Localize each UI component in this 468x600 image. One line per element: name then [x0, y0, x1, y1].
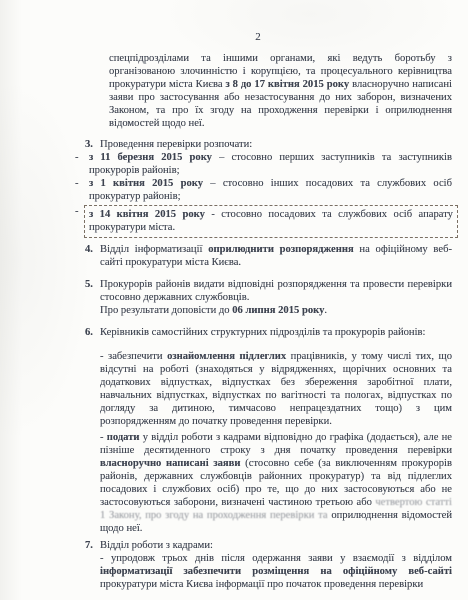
text-segment: .	[324, 305, 327, 316]
paragraph: Проведення перевірки розпочати:	[100, 138, 452, 151]
bold-text-segment: подати	[107, 432, 140, 443]
bold-text-segment: інформатизації забезпечити розміщення на…	[100, 566, 452, 577]
list-item-7: 7.Відділ роботи з кадрами:- упродовж трь…	[85, 539, 452, 591]
bullet-dash-marker: -	[75, 177, 79, 190]
text-segment: Відділ інформатизації	[100, 244, 208, 255]
bullet-dash-marker: -	[75, 205, 79, 218]
text-segment: Відділ роботи з кадрами:	[100, 540, 213, 551]
dashed-highlight-box: з 14 квітня 2015 року - стосовно посадов…	[84, 205, 458, 238]
dash-bullet: -з 1 квітня 2015 року – стосовно інших п…	[75, 177, 452, 203]
page-number: 2	[24, 31, 468, 44]
item-number: 4.	[85, 243, 93, 256]
text-segment: працівників, у тому числі тих, що відсут…	[100, 351, 452, 427]
item-number: 7.	[85, 539, 93, 552]
bold-text-segment: ознайомлення підлеглих	[167, 351, 286, 362]
paragraph: Про результати доповісти до 06 липня 201…	[100, 304, 452, 317]
scanned-document-page: 2 спецпідрозділами та іншими органами, я…	[0, 0, 468, 600]
bold-text-segment: з 14 квітня 2015 року	[89, 209, 205, 220]
text-segment: - упродовж трьох днів після одержання за…	[100, 553, 452, 564]
items-list: 3.Проведення перевірки розпочати:-з 11 б…	[85, 138, 452, 591]
bullet-text: з 1 квітня 2015 року – стосовно інших по…	[89, 177, 452, 203]
text-segment: Про результати доповісти до	[100, 305, 232, 316]
text-segment: -	[100, 432, 107, 443]
text-segment: Керівників самостійних структурних підро…	[100, 327, 425, 338]
bold-text-segment: з 11 березня 2015 року	[89, 152, 212, 163]
item-number: 3.	[85, 138, 93, 151]
paragraph: Керівників самостійних структурних підро…	[100, 326, 452, 339]
bullet-dash-marker: -	[75, 151, 79, 164]
text-segment: прокуратури міста Києва інформації про п…	[100, 579, 423, 590]
dash-bullet: -з 11 березня 2015 року – стосовно перши…	[75, 151, 452, 177]
document-content: спецпідрозділами та іншими органами, які…	[85, 52, 452, 591]
text-segment: у відділ роботи з кадрами відповідно до …	[100, 432, 452, 456]
paragraph: Прокурорів районів видати відповідні роз…	[100, 278, 452, 304]
text-segment: Прокурорів районів видати відповідні роз…	[100, 279, 452, 303]
paragraph: - забезпечити ознайомлення підлеглих пра…	[100, 350, 452, 428]
bold-text-segment: 06 липня 2015 року	[232, 305, 324, 316]
bold-text-segment: з 8 до 17 квітня 2015 року	[225, 79, 349, 90]
paragraph: - подати у відділ роботи з кадрами відпо…	[100, 431, 452, 535]
item-number: 5.	[85, 278, 93, 291]
text-segment: - забезпечити	[100, 351, 167, 362]
paragraph: Відділ інформатизації оприлюднити розпор…	[100, 243, 452, 269]
list-item-6: 6.Керівників самостійних структурних під…	[85, 326, 452, 535]
bold-text-segment: з 1 квітня 2015 року	[89, 178, 203, 189]
intro-paragraph: спецпідрозділами та іншими органами, які…	[109, 52, 452, 130]
paragraph: Відділ роботи з кадрами:	[100, 539, 452, 552]
list-item-4: 4.Відділ інформатизації оприлюднити розп…	[85, 243, 452, 269]
item-number: 6.	[85, 326, 93, 339]
bold-text-segment: оприлюднити розпорядження	[208, 244, 353, 255]
dash-bullet: -з 14 квітня 2015 року - стосовно посадо…	[75, 205, 452, 238]
bold-text-segment: власноручно написані заяви	[100, 458, 240, 469]
bullet-text: з 11 березня 2015 року – стосовно перших…	[89, 151, 452, 177]
list-item-5: 5.Прокурорів районів видати відповідні р…	[85, 278, 452, 317]
paragraph: - упродовж трьох днів після одержання за…	[100, 552, 452, 591]
list-item-3: 3.Проведення перевірки розпочати:-з 11 б…	[85, 138, 452, 238]
text-segment: Проведення перевірки розпочати:	[100, 139, 252, 150]
